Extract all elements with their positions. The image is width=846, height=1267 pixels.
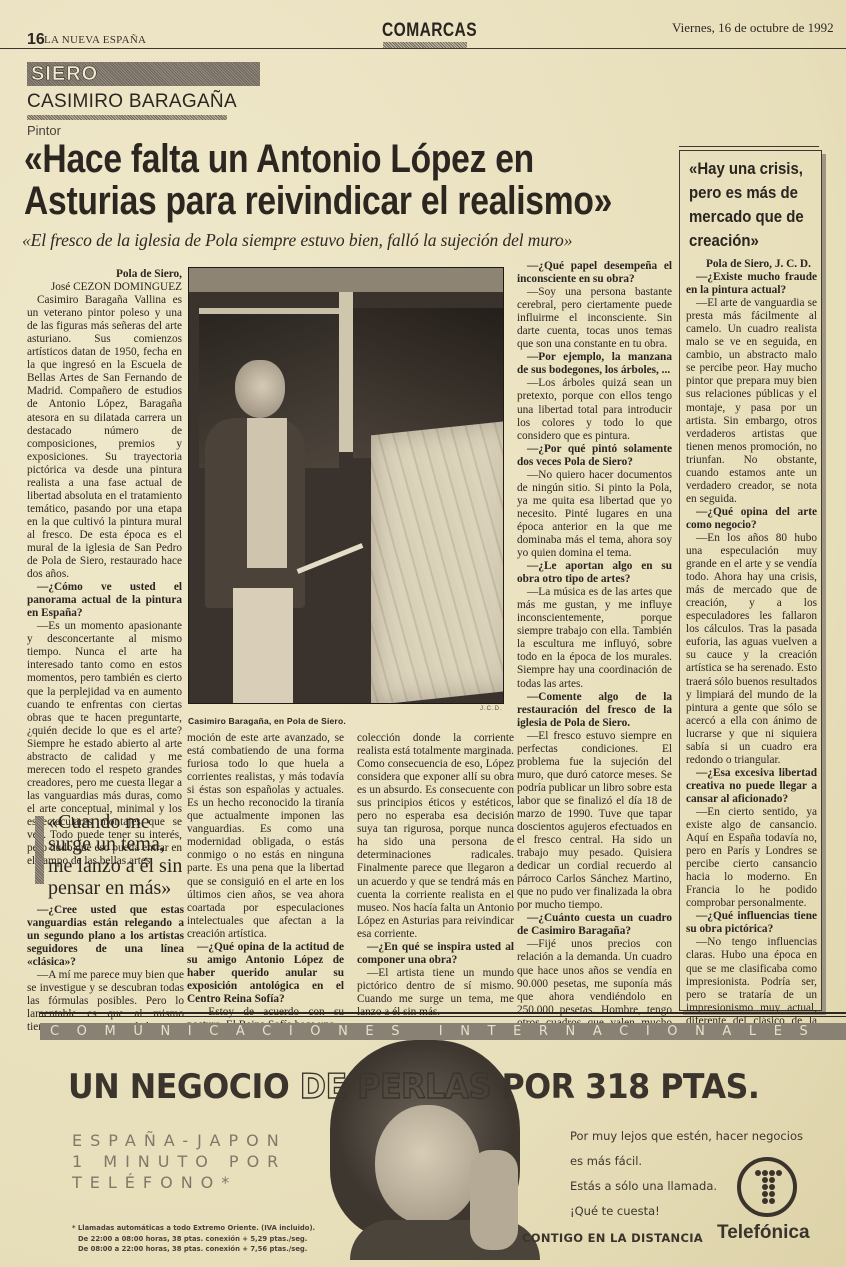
interview-question: —¿Cree usted que estas vanguardias están…: [27, 904, 184, 969]
headline: «Hace falta un Antonio López en Asturias…: [24, 138, 662, 222]
ad-headline-part-1: UN NEGOCIO: [68, 1067, 300, 1107]
dateline: Pola de Siero,: [27, 268, 182, 281]
section-title: COMARCAS: [382, 20, 477, 42]
sidebar-top-rule: [679, 146, 819, 147]
paragraph: —Los árboles quizá sean un pretexto, por…: [517, 377, 672, 442]
byline: José CEZON DOMINGUEZ: [27, 281, 182, 294]
ad-fine-print-line: De 08:00 a 22:00 horas, 38 ptas. conexió…: [72, 1244, 315, 1255]
paragraph: —El fresco estuvo siempre en perfectas c…: [517, 730, 672, 913]
paragraph: —No quiero hacer documentos de ningún si…: [517, 469, 672, 560]
paragraph: —La música es de las artes que más me gu…: [517, 586, 672, 690]
photo-credit: J.C.D.: [480, 706, 503, 712]
interview-question: —¿Qué influencias tiene su obra pictóric…: [686, 910, 817, 936]
article-column-4: —¿Qué papel desempeña el inconsciente en…: [517, 260, 672, 1043]
brand-name: Telefónica: [717, 1222, 810, 1244]
article-column-1-continued: —¿Cree usted que estas vanguardias están…: [27, 904, 184, 1034]
sidebar-dateline: Pola de Siero, J. C. D.: [686, 258, 817, 271]
ad-copy-line: Por muy lejos que estén, hacer negocios: [570, 1124, 803, 1149]
pull-quote-bar: [35, 816, 44, 884]
locality-tag: SIERO: [31, 62, 98, 86]
interview-question: —¿En qué se inspira usted al componer un…: [357, 941, 514, 967]
ad-headline: UN NEGOCIO DE PERLAS POR 318 PTAS.: [68, 1067, 759, 1107]
issue-date: Viernes, 16 de octubre de 1992: [672, 20, 834, 36]
interview-question: —¿Cuánto cuesta un cuadro de Casimiro Ba…: [517, 912, 672, 938]
interview-question: —¿Existe mucho fraude en la pintura actu…: [686, 271, 817, 297]
paragraph: —En cierto sentido, ya existe algo de ca…: [686, 806, 817, 910]
interview-question: —¿Qué opina del arte como negocio?: [686, 506, 817, 532]
subheadline: «El fresco de la iglesia de Pola siempre…: [22, 230, 672, 251]
paragraph: colección donde la corriente realista es…: [357, 732, 514, 941]
photo-caption: Casimiro Baragaña, en Pola de Siero.: [188, 716, 346, 726]
interview-question: —¿Qué opina de la actitud de su amigo An…: [187, 941, 344, 1006]
ad-fine-print-line: De 22:00 a 08:00 horas, 38 ptas. conexió…: [72, 1234, 315, 1245]
ad-tagline-line: TELÉFONO*: [72, 1172, 287, 1193]
painting-canvas: [371, 421, 504, 704]
ad-tagline-line: ESPAÑA-JAPON: [72, 1130, 287, 1151]
ad-band-text: COMUNICACIONES INTERNACIONALES: [50, 1023, 846, 1040]
page-number: 16: [27, 31, 45, 49]
article-column-2: moción de este arte avanzado, se está co…: [187, 732, 344, 1032]
interview-question: —¿Por qué pintó solamente dos veces Pola…: [517, 443, 672, 469]
phone-handset-icon: [470, 1150, 518, 1250]
interview-question: —Por ejemplo, la manzana de sus bodegone…: [517, 351, 672, 377]
telefonica-logo-dots-icon: [752, 1170, 784, 1205]
ad-headline-outline: DE PERLAS: [300, 1067, 491, 1107]
newspaper-name: LA NUEVA ESPAÑA: [44, 34, 146, 46]
paragraph: —El arte de vanguardia se presta más fác…: [686, 297, 817, 506]
subject-name: CASIMIRO BARAGAÑA: [27, 91, 237, 113]
ad-top-rule-thin: [40, 1016, 846, 1017]
header-rule: [0, 48, 846, 49]
pull-quote: «Cuando me surge un tema, me lanzo a él …: [48, 811, 188, 899]
interview-question: —¿Cómo ve usted el panorama actual de la…: [27, 581, 182, 620]
ad-fine-print-line: * Llamadas automáticas a todo Extremo Or…: [72, 1223, 315, 1234]
ad-top-rule: [40, 1012, 846, 1014]
paragraph: —En los años 80 hubo una especulación mu…: [686, 532, 817, 767]
sidebar-column: Pola de Siero, J. C. D. —¿Existe mucho f…: [686, 258, 817, 1041]
paragraph: —Soy una persona bastante cerebral, pero…: [517, 286, 672, 351]
ad-headline-part-2: POR 318 PTAS.: [491, 1067, 759, 1107]
ad-tagline: ESPAÑA-JAPON 1 MINUTO POR TELÉFONO*: [72, 1130, 287, 1193]
sidebar-title: «Hay una crisis, pero es más de mercado …: [689, 157, 821, 253]
interview-question: —¿Qué papel desempeña el inconsciente en…: [517, 260, 672, 286]
interview-question: —¿Le aportan algo en su obra otro tipo d…: [517, 560, 672, 586]
article-column-3: colección donde la corriente realista es…: [357, 732, 514, 1019]
paragraph: Casimiro Baragaña Vallina es un veterano…: [27, 294, 182, 581]
subject-underline: [27, 115, 227, 120]
article-column-1: Pola de Siero, José CEZON DOMINGUEZ Casi…: [27, 268, 182, 868]
subject-role: Pintor: [27, 123, 61, 138]
article-photo: [188, 267, 504, 704]
ad-slogan: CONTIGO EN LA DISTANCIA: [522, 1231, 703, 1245]
ad-fine-print: * Llamadas automáticas a todo Extremo Or…: [72, 1223, 315, 1255]
paragraph: moción de este arte avanzado, se está co…: [187, 732, 344, 941]
interview-question: —¿Esa excesiva libertad creativa no pued…: [686, 767, 817, 806]
interview-question: —Comente algo de la restauración del fre…: [517, 691, 672, 730]
ad-tagline-line: 1 MINUTO POR: [72, 1151, 287, 1172]
